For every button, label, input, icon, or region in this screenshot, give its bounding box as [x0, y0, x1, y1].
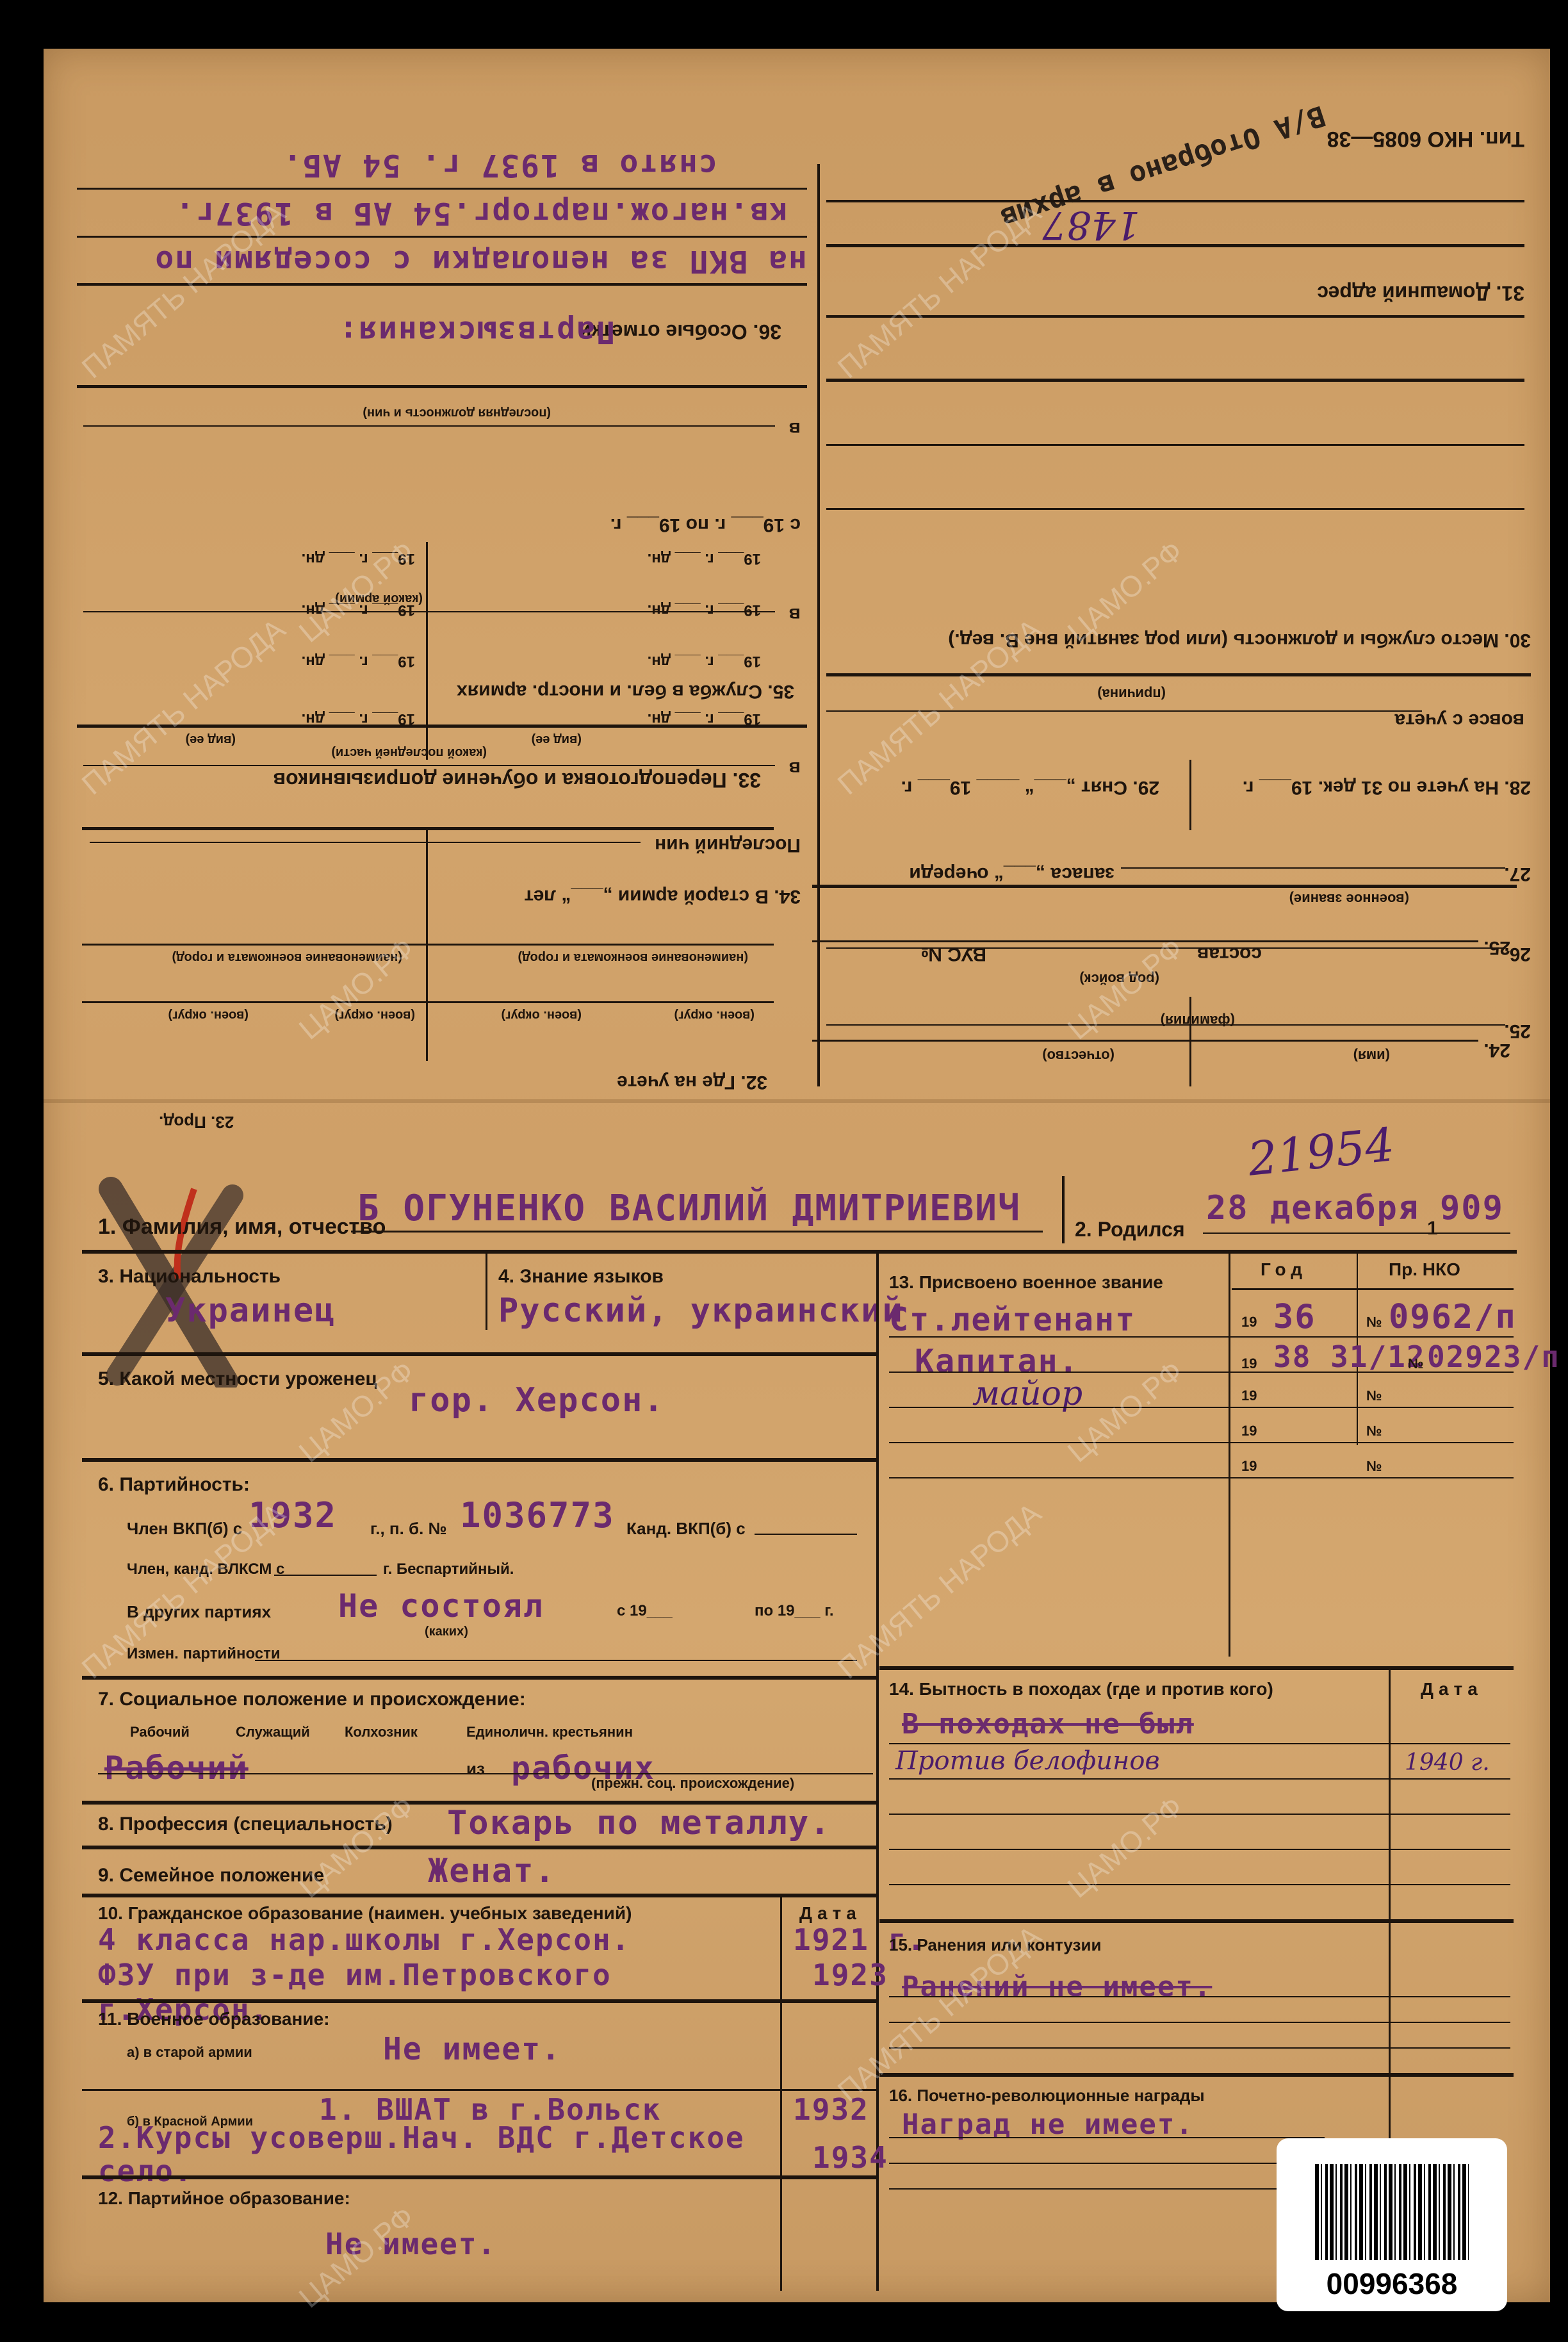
military-education-row-2-date[interactable]: 1934	[812, 2140, 888, 2175]
rank-row-2-year-prefix: 19	[1241, 1355, 1257, 1372]
field-1-label: 1. Фамилия, имя, отчество	[98, 1215, 386, 1240]
field-8-value[interactable]: Токарь по металлу.	[447, 1804, 831, 1842]
other-party-hint: (каких)	[425, 1625, 468, 1639]
rule	[812, 940, 1478, 942]
birth-year-prefix: 1	[1427, 1218, 1438, 1240]
komsomol-label: Член, канд. ВЛКСМ с	[127, 1560, 284, 1578]
field-7-label: 7. Социальное положение и происхождение:	[98, 1689, 526, 1710]
rule	[98, 1773, 873, 1774]
rank-row-2-year[interactable]: 38 31/12	[1273, 1339, 1426, 1374]
field-35-hint-rank: (последняя должность и чин)	[363, 405, 551, 420]
field-3-value[interactable]: Украинец	[165, 1291, 336, 1330]
rule	[82, 2089, 876, 2091]
rank-row-3-no: №	[1366, 1388, 1382, 1404]
party-change-field[interactable]	[255, 1660, 857, 1661]
field-10-label: 10. Гражданское образование (наимен. уче…	[98, 1903, 632, 1924]
rule	[82, 1676, 876, 1680]
field-33-row: 19___ г. ___ дн.	[302, 710, 415, 728]
field-33-row: 19___ г. ___ дн.	[302, 601, 415, 619]
field-14-label: 14. Бытность в походах (где и против ког…	[889, 1679, 1273, 1699]
field-33-row: 19___ г. ___ дн.	[648, 550, 761, 568]
field-33-row: 19___ г. ___ дн.	[302, 652, 415, 670]
rank-row-4-year-prefix: 19	[1241, 1423, 1257, 1439]
candidate-label: Канд. ВКП(б) с	[626, 1519, 746, 1539]
field-13-col-order: Пр. НКО	[1389, 1259, 1460, 1280]
rule	[82, 1352, 876, 1356]
barcode-number: 00996368	[1277, 2266, 1507, 2301]
rule	[812, 885, 1517, 888]
rule	[889, 2137, 1325, 2138]
field-33-hint-2: (вид ее)	[186, 732, 236, 747]
party-card-label: г., п. б. №	[370, 1519, 447, 1539]
origin-hint: (прежн. соц. происхождение)	[591, 1775, 794, 1792]
field-5-value[interactable]: гор. Херсон.	[409, 1381, 665, 1420]
removal-label: вовсе с учета	[1394, 709, 1524, 731]
education-row-2-date[interactable]: 1923	[812, 1958, 888, 1992]
rule	[889, 1442, 1514, 1443]
field-32-hint-district: (воен. округ)	[674, 1008, 755, 1022]
rule	[889, 1372, 1514, 1373]
rule	[889, 1884, 1510, 1885]
old-army-value[interactable]: Не имеет.	[383, 2031, 561, 2067]
personnel-record-card: Тип. НКО 6085—38 В/А Отобрано в архив 14…	[44, 49, 1550, 2302]
rank-row-2-order[interactable]: 02923/п	[1427, 1339, 1560, 1374]
party-card-number[interactable]: 1036773	[460, 1495, 615, 1535]
rule	[826, 444, 1524, 446]
rule	[83, 425, 775, 427]
campaign-row-2[interactable]: Против белофинов	[895, 1746, 1160, 1776]
divider	[1229, 1253, 1230, 1657]
komsomol-year-field[interactable]	[274, 1575, 377, 1576]
field-23-label: 23. Прод.	[159, 1112, 234, 1132]
rule	[889, 1743, 1510, 1744]
rule	[82, 1001, 774, 1003]
inverted-fields-33-32: 32. Где на учете (воен. округ) (воен. ок…	[82, 817, 774, 1099]
option-collective-farmer: Колхозник	[345, 1724, 418, 1740]
social-status-value[interactable]: Рабочий	[104, 1749, 249, 1787]
rule	[826, 244, 1524, 247]
field-32-hint-district-3: (воен. округ)	[334, 1008, 415, 1022]
inverted-fields-24-25: 24. (фамилия) 25.	[799, 869, 1517, 1080]
field-6-label: 6. Партийность:	[98, 1474, 250, 1496]
field-2-label: 2. Родился	[1075, 1218, 1185, 1241]
field-28-label: 28. На учете по 31 дек. 19___ г.	[1243, 776, 1531, 798]
rule	[889, 1996, 1510, 1997]
rule	[82, 827, 774, 830]
field-33-label: 33. Переподготовка и обучение допризывни…	[273, 768, 761, 792]
rule	[826, 673, 1531, 676]
print-code: Тип. НКО 6085—38	[1327, 126, 1524, 151]
birth-year[interactable]: 909	[1440, 1189, 1504, 1227]
field-3-label: 3. Национальность	[98, 1266, 281, 1288]
rule	[879, 1919, 1514, 1923]
rule	[82, 1458, 876, 1462]
field-15-label: 15. Ранения или контузии	[889, 1935, 1101, 1955]
other-party-value[interactable]: Не состоял	[338, 1587, 544, 1625]
rule	[812, 1040, 1478, 1042]
date-column-divider	[780, 1894, 782, 2291]
rule	[351, 1231, 1043, 1232]
field-8-label: 8. Профессия (специальность)	[98, 1814, 393, 1835]
field-4-value[interactable]: Русский, украинский	[498, 1291, 904, 1330]
field-36-line-4: снято в 1937 г. 54 АБ.	[282, 147, 717, 183]
field-36-line-2: на ВКП за неполадки с соседями по	[154, 243, 807, 279]
rank-row-1-year-prefix: 19	[1241, 1314, 1257, 1331]
rule	[77, 385, 807, 388]
old-army-label: а) в старой армии	[127, 2044, 252, 2061]
barcode-sticker: 00996368	[1277, 2138, 1507, 2311]
field-33-row: 19___ г. ___ дн.	[302, 550, 415, 568]
field-16-value[interactable]: Наград не имеет.	[902, 2108, 1194, 2141]
field-31-label: 31. Домашний адрес	[1317, 281, 1524, 305]
field-13-label: 13. Присвоено военное звание	[889, 1272, 1163, 1293]
rule	[889, 1778, 1510, 1780]
rule	[889, 2188, 1325, 2190]
rank-row-1[interactable]: Ст.лейтенант	[889, 1301, 1136, 1338]
rule	[826, 710, 1422, 712]
field-9-label: 9. Семейное положение	[98, 1865, 324, 1887]
field-33-row: 19___ г. ___ дн.	[648, 710, 761, 728]
field-32-hint-district-2: (воен. округ)	[501, 1008, 582, 1022]
rank-row-1-order[interactable]: 0962/п	[1389, 1298, 1517, 1336]
campaign-row-1[interactable]: В походах не был	[902, 1708, 1194, 1740]
rule	[82, 1846, 876, 1849]
field-29-label: 29. Снят „___“ ____ 19___ г.	[901, 776, 1159, 798]
rule	[77, 188, 807, 190]
rule	[889, 1407, 1514, 1408]
field-10-date-header: Дата	[799, 1903, 862, 1924]
field-14-date-header: Дата	[1421, 1679, 1483, 1699]
removal-hint: (причина)	[1097, 685, 1166, 702]
military-education-row-1-date[interactable]: 1932	[793, 2092, 869, 2127]
campaign-row-2-date[interactable]: 1940 г.	[1405, 1749, 1490, 1776]
rank-row-1-year[interactable]: 36	[1273, 1298, 1316, 1336]
inverted-field-33: 33. Переподготовка и обучение допризывни…	[82, 523, 774, 811]
field-33-row: 19___ г. ___ дн.	[648, 652, 761, 670]
field-30-label: 30. Место службы и должность (или род за…	[948, 629, 1531, 651]
divider	[426, 830, 428, 1061]
other-party-label: В других партиях	[127, 1602, 271, 1622]
watermark: ПАМЯТЬ НАРОДА	[831, 1496, 1047, 1685]
party-member-year[interactable]: 1932	[249, 1495, 337, 1535]
rule	[889, 1336, 1514, 1338]
divider	[1189, 760, 1191, 830]
field-36-line-1: Партвзыскания:	[338, 314, 615, 350]
field-32-hint-place: (наименование военкомата и город)	[518, 950, 748, 965]
field-33-hint: (вид ее)	[532, 732, 582, 747]
rule	[889, 1849, 1510, 1850]
rank-row-2-no: №	[1408, 1355, 1424, 1372]
rule	[82, 2175, 876, 2179]
field-4-label: 4. Знание языков	[498, 1266, 664, 1288]
birth-month[interactable]: декабря	[1270, 1189, 1419, 1227]
handwritten-number-mid: 21954	[1245, 1117, 1397, 1186]
field-36-line-3: кв.нагож.парторг.54 АБ в 1937г.	[174, 195, 788, 231]
divider	[1062, 1176, 1065, 1243]
field-32-hint-place-2: (наименование военкомата и город)	[172, 950, 402, 965]
rank-row-3-year-prefix: 19	[1241, 1388, 1257, 1404]
field-24-hint: (фамилия)	[1161, 1012, 1235, 1029]
rule	[826, 200, 1524, 202]
rule	[889, 1477, 1514, 1478]
rule	[82, 944, 774, 946]
rule	[889, 2022, 1510, 2023]
field-12-value[interactable]: Не имеет.	[325, 2227, 496, 2261]
rank-row-5-no: №	[1366, 1458, 1382, 1475]
rule	[879, 2073, 1514, 2077]
field-12-label: 12. Партийное образование:	[98, 2188, 350, 2209]
field-25-label-view: 25.	[1483, 937, 1510, 958]
field-11-label: 11. Военное образование:	[98, 2009, 330, 2029]
rule	[826, 508, 1524, 510]
option-individual-peasant: Единоличн. крестьянин	[466, 1724, 633, 1740]
other-party-from: с 19___	[617, 1602, 673, 1620]
rule	[82, 1999, 876, 2003]
field-35-prefix: в	[789, 418, 801, 439]
page-fold	[44, 1099, 1550, 1103]
candidate-year-field[interactable]	[755, 1534, 857, 1535]
field-24-label: 24.	[1483, 1039, 1510, 1061]
barcode-icon	[1315, 2164, 1469, 2260]
field-33-row: 19___ г. ___ дн.	[648, 601, 761, 619]
rule	[889, 2047, 1510, 2049]
field-1-value[interactable]: Б ОГУНЕНКО ВАСИЛИЙ ДМИТРИЕВИЧ	[357, 1188, 1021, 1229]
party-member-label: Член ВКП(б) с	[127, 1519, 242, 1539]
archive-initials: В/А	[1271, 99, 1329, 145]
rule	[82, 1250, 1517, 1254]
rule	[1203, 1232, 1510, 1234]
education-row-1[interactable]: 4 класса нар.школы г.Херсон.	[98, 1922, 630, 1957]
rule	[889, 1814, 1510, 1815]
field-15-value[interactable]: Ранений не имеет.	[902, 1970, 1212, 2003]
rule	[889, 2163, 1325, 2164]
rule	[77, 283, 807, 286]
origin-from-label: из	[466, 1759, 485, 1779]
option-worker: Рабочий	[130, 1724, 190, 1740]
nonparty-label: г. Беспартийный.	[383, 1560, 514, 1578]
field-16-label: 16. Почетно-революционные награды	[889, 2086, 1205, 2106]
other-party-to: по 19___ г.	[755, 1602, 834, 1620]
rule	[77, 236, 807, 238]
field-32-label: 32. Где на учете	[617, 1071, 767, 1093]
rule	[82, 1894, 876, 1897]
field-9-value[interactable]: Женат.	[428, 1852, 556, 1890]
divider	[486, 1253, 487, 1330]
rule	[826, 315, 1524, 318]
field-34-prefix: в	[789, 757, 801, 779]
handwritten-number-top: 1487	[1042, 202, 1140, 247]
field-13-col-year: Год	[1261, 1259, 1307, 1280]
rule	[1232, 1288, 1514, 1290]
rank-row-1-no: №	[1366, 1314, 1382, 1331]
divider	[426, 542, 428, 760]
rank-row-5-year-prefix: 19	[1241, 1458, 1257, 1475]
rule	[826, 379, 1524, 382]
watermark: ЦАМО.РФ	[1061, 1789, 1189, 1905]
field-35-prefix-2: в	[789, 603, 801, 625]
rank-row-4-no: №	[1366, 1423, 1382, 1439]
column-divider	[876, 1253, 879, 2291]
field-5-label: 5. Какой местности уроженец	[98, 1368, 377, 1390]
field-32-hint-district-4: (воен. округ)	[168, 1008, 249, 1022]
birth-day[interactable]: 28	[1206, 1189, 1249, 1227]
option-employee: Служащий	[236, 1724, 310, 1740]
rule	[879, 1666, 1514, 1670]
